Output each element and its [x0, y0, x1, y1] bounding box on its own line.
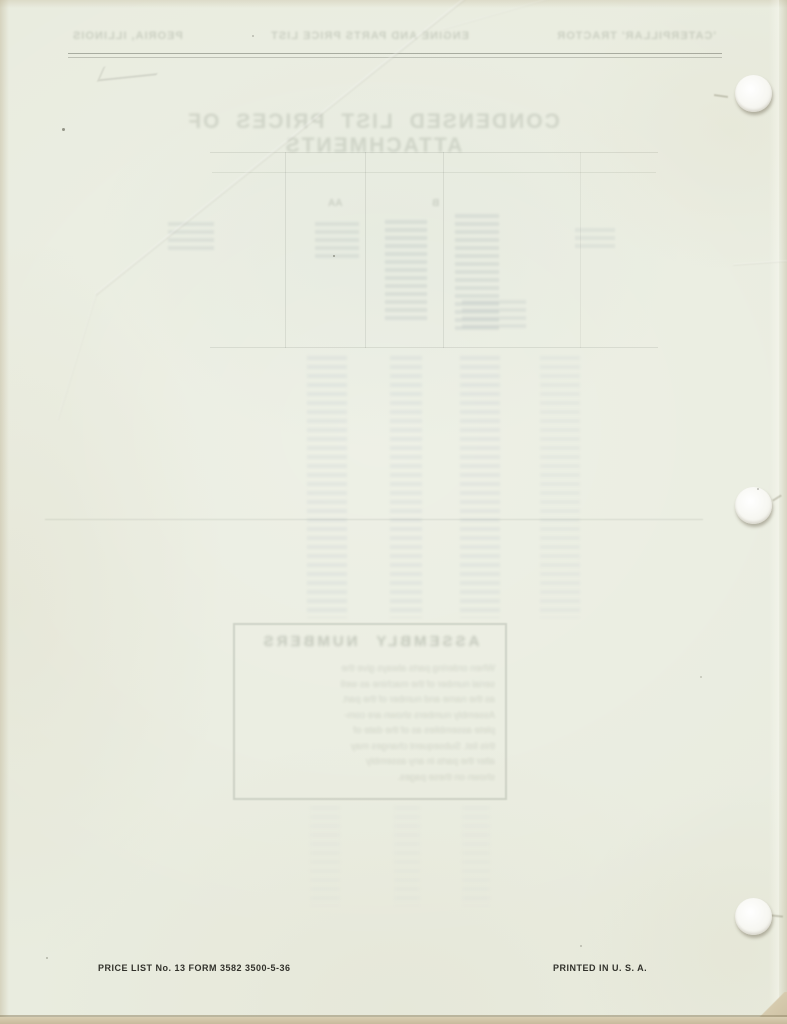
paper-edge-bottom: [0, 1017, 787, 1024]
paper-edge-top: [0, 0, 787, 8]
showthrough-note-heading: ASSEMBLY NUMBERS: [235, 633, 505, 650]
showthrough-column-label: AA: [328, 198, 342, 209]
showthrough-table-vline: [285, 152, 286, 348]
showthrough-header-left: 'CATERPILLAR' TRACTOR: [556, 30, 716, 42]
showthrough-column-band: [460, 356, 500, 618]
dust-speck: [46, 957, 48, 959]
showthrough-column-band: [390, 356, 422, 618]
showthrough-note-line: Assembly numbers shown are com-: [249, 708, 495, 724]
punch-hole-top: [735, 75, 772, 112]
showthrough-note-line: plete assemblies as of the date of: [249, 723, 495, 739]
showthrough-column-band: [540, 356, 580, 618]
showthrough-table-header-border: [212, 172, 656, 173]
showthrough-number-cluster: [575, 228, 615, 248]
showthrough-note-box: ASSEMBLY NUMBERS When ordering parts alw…: [233, 623, 507, 800]
showthrough-table-vline: [365, 152, 366, 348]
scanned-page: 'CATERPILLAR' TRACTOR ENGINE AND PARTS P…: [0, 0, 787, 1024]
showthrough-note-line: alter the parts in any assembly: [249, 754, 495, 770]
diagonal-crease-extension: [57, 294, 98, 421]
showthrough-header-right: PEORIA, ILLINOIS: [72, 30, 183, 42]
showthrough-table-vline: [580, 152, 581, 348]
paper-edge-right: [779, 0, 787, 1024]
footer-printed-in-usa: PRINTED IN U. S. A.: [553, 963, 647, 973]
showthrough-mid-rule: [45, 519, 703, 520]
dust-speck: [757, 488, 759, 490]
punch-hole-middle: [735, 487, 772, 524]
showthrough-column-label: B: [432, 198, 439, 209]
top-rule-lower: [68, 57, 722, 58]
showthrough-title: CONDENSED LIST PRICES OF ATTACHMENTS: [115, 110, 631, 158]
showthrough-note-paragraph: When ordering parts always give the seri…: [249, 661, 495, 785]
punch-hole-bottom: [735, 898, 772, 935]
showthrough-number-cluster: [462, 300, 526, 332]
hole-scratch: [714, 94, 728, 98]
showthrough-number-cluster: [168, 222, 214, 254]
dust-speck: [580, 945, 582, 947]
dust-speck: [62, 128, 65, 131]
dust-speck: [333, 255, 335, 257]
footer-form-number: PRICE LIST No. 13 FORM 3582 3500-5-36: [98, 963, 291, 973]
showthrough-column-band: [310, 806, 340, 906]
showthrough-number-cluster: [385, 220, 427, 322]
showthrough-table-bottom-border: [210, 347, 658, 348]
showthrough-column-band: [394, 806, 420, 906]
showthrough-table-vline: [443, 152, 444, 348]
showthrough-table-top-border: [210, 152, 658, 153]
showthrough-note-line: shown on these pages.: [249, 770, 495, 786]
showthrough-note-line: When ordering parts always give the: [249, 661, 495, 677]
showthrough-column-band: [462, 806, 490, 906]
showthrough-column-band: [307, 356, 347, 618]
paper-edge-left: [0, 0, 9, 1024]
dust-speck: [700, 676, 702, 678]
pencil-squiggle: [97, 60, 163, 81]
showthrough-note-line: this list. Subsequent changes may: [249, 739, 495, 755]
showthrough-note-line: as the name and number of the part.: [249, 692, 495, 708]
showthrough-header-mid: ENGINE AND PARTS PRICE LIST: [270, 30, 469, 42]
showthrough-header-line: 'CATERPILLAR' TRACTOR ENGINE AND PARTS P…: [72, 30, 716, 42]
showthrough-number-cluster: [315, 222, 359, 260]
showthrough-note-line: serial number of the machine as well: [249, 677, 495, 693]
dust-speck: [252, 35, 254, 37]
